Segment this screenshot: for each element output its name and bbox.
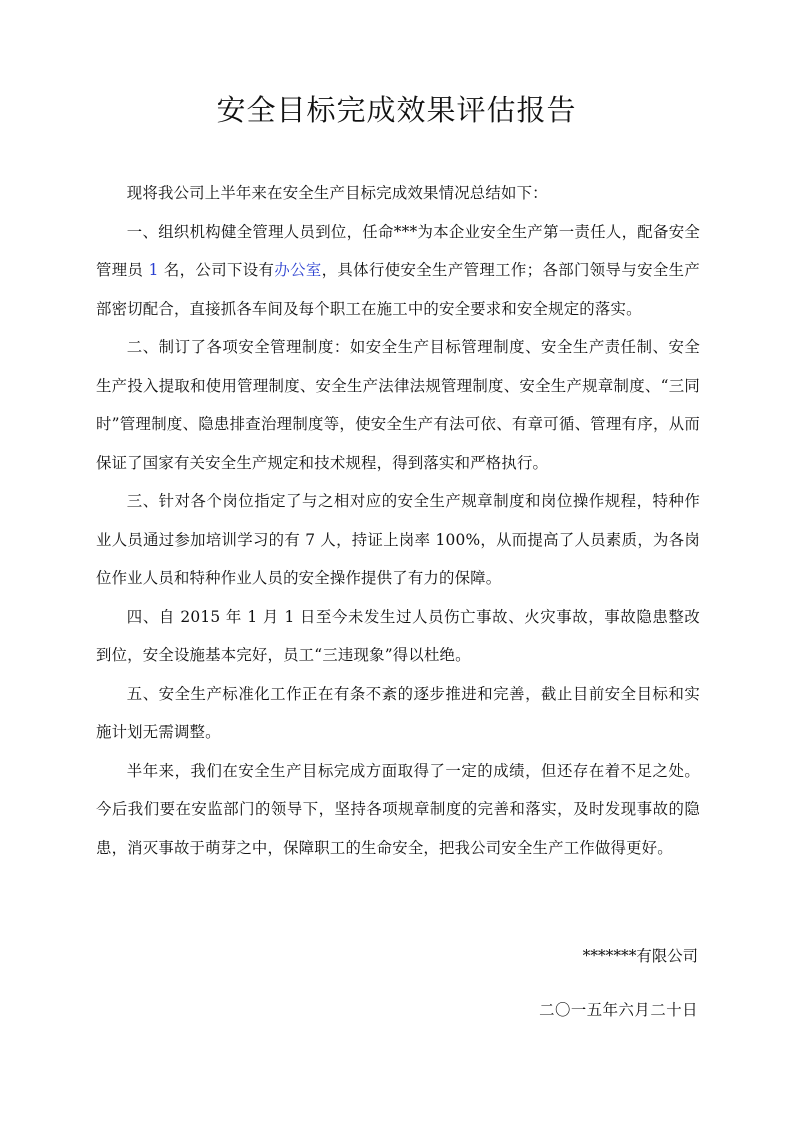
safety-officer-count: 1 — [149, 261, 159, 279]
section-4-paragraph: 四、自 2015 年 1 月 1 日至今未发生过人员伤亡事故、火灾事故，事故隐患… — [96, 598, 700, 675]
section-2-paragraph: 二、制订了各项安全管理制度：如安全生产目标管理制度、安全生产责任制、安全生产投入… — [96, 328, 700, 482]
document-page: 安全目标完成效果评估报告 现将我公司上半年来在安全生产目标完成效果情况总结如下：… — [0, 0, 793, 1122]
intro-paragraph: 现将我公司上半年来在安全生产目标完成效果情况总结如下： — [96, 174, 700, 213]
section-1-text-b: 名，公司下设有 — [164, 261, 274, 279]
section-3-paragraph: 三、针对各个岗位指定了与之相对应的安全生产规章制度和岗位操作规程，特种作业人员通… — [96, 482, 700, 598]
section-1-paragraph: 一、组织机构健全管理人员到位，任命***为本企业安全生产第一责任人，配备安全管理… — [96, 213, 700, 329]
document-body: 现将我公司上半年来在安全生产目标完成效果情况总结如下： 一、组织机构健全管理人员… — [96, 174, 700, 867]
conclusion-paragraph: 半年来，我们在安全生产目标完成方面取得了一定的成绩，但还存在着不足之处。今后我们… — [96, 752, 700, 868]
signature-company: *******有限公司 — [583, 944, 698, 968]
section-5-paragraph: 五、安全生产标准化工作正在有条不紊的逐步推进和完善，截止目前安全目标和实施计划无… — [96, 675, 700, 752]
document-title: 安全目标完成效果评估报告 — [0, 90, 793, 130]
signature-date: 二〇一五年六月二十日 — [539, 998, 698, 1022]
office-department: 办公室 — [274, 261, 321, 279]
